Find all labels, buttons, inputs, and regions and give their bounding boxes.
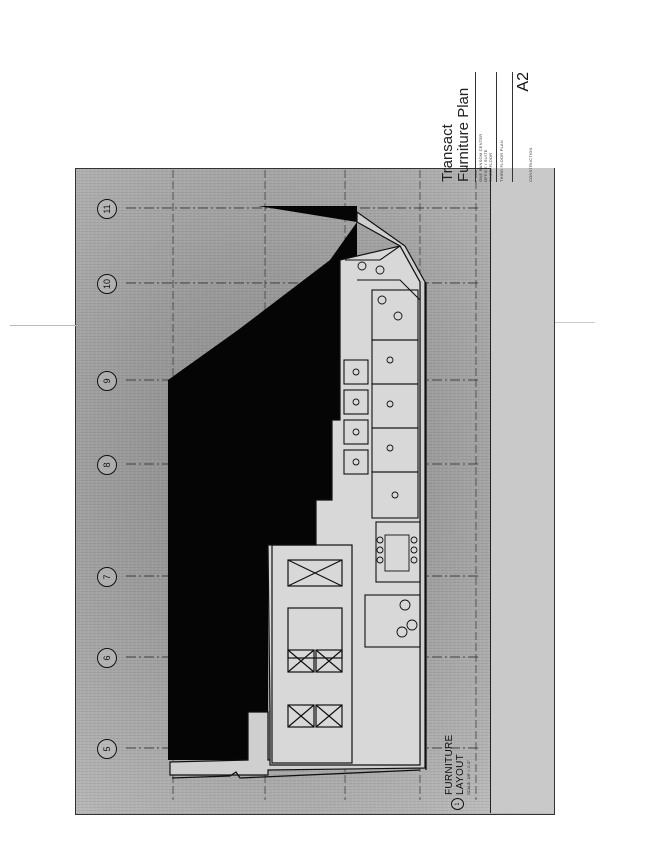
project-line-3: THIRD FLOOR bbox=[488, 72, 493, 182]
detail-number-bubble: 1 bbox=[451, 798, 464, 810]
drawing-scale: SCALE: 1/8" = 1'-0" bbox=[466, 700, 471, 795]
status-label: CONSTRUCTION bbox=[528, 147, 533, 182]
drawing-title: THIRD FLOOR PLAN bbox=[499, 72, 504, 182]
plan-sheet: 11 10 9 8 7 6 5 1 FURNITURE LAYOUT SCALE… bbox=[0, 0, 653, 845]
scan-artifact-line bbox=[555, 322, 595, 323]
drawing-label: 1 FURNITURE LAYOUT SCALE: 1/8" = 1'-0" bbox=[444, 700, 464, 810]
company-name: Transact bbox=[440, 72, 456, 182]
grid-bubble-5: 5 bbox=[97, 739, 117, 759]
grid-bubble-10: 10 bbox=[97, 274, 117, 294]
grid-label: 11 bbox=[102, 204, 112, 213]
grid-label: 10 bbox=[102, 279, 112, 289]
sheet-number: A2 bbox=[515, 72, 533, 92]
drawing-name: FURNITURE LAYOUT bbox=[444, 700, 466, 795]
scan-artifact-line bbox=[10, 325, 76, 326]
grid-bubble-7: 7 bbox=[97, 567, 117, 587]
grid-bubble-11: 11 bbox=[97, 199, 117, 219]
title-block: Transact Furniture Plan ONE RANSOM CENTE… bbox=[440, 72, 560, 182]
plan-title: Furniture Plan bbox=[456, 72, 472, 182]
grid-label: 5 bbox=[102, 747, 112, 752]
grid-label: 9 bbox=[102, 379, 112, 384]
grid-label: 6 bbox=[102, 656, 112, 661]
grid-bubble-9: 9 bbox=[97, 371, 117, 391]
grid-bubble-6: 6 bbox=[97, 648, 117, 668]
grid-bubble-8: 8 bbox=[97, 455, 117, 475]
detail-number: 1 bbox=[455, 802, 461, 805]
grid-label: 7 bbox=[102, 575, 112, 580]
grid-label: 8 bbox=[102, 463, 112, 468]
